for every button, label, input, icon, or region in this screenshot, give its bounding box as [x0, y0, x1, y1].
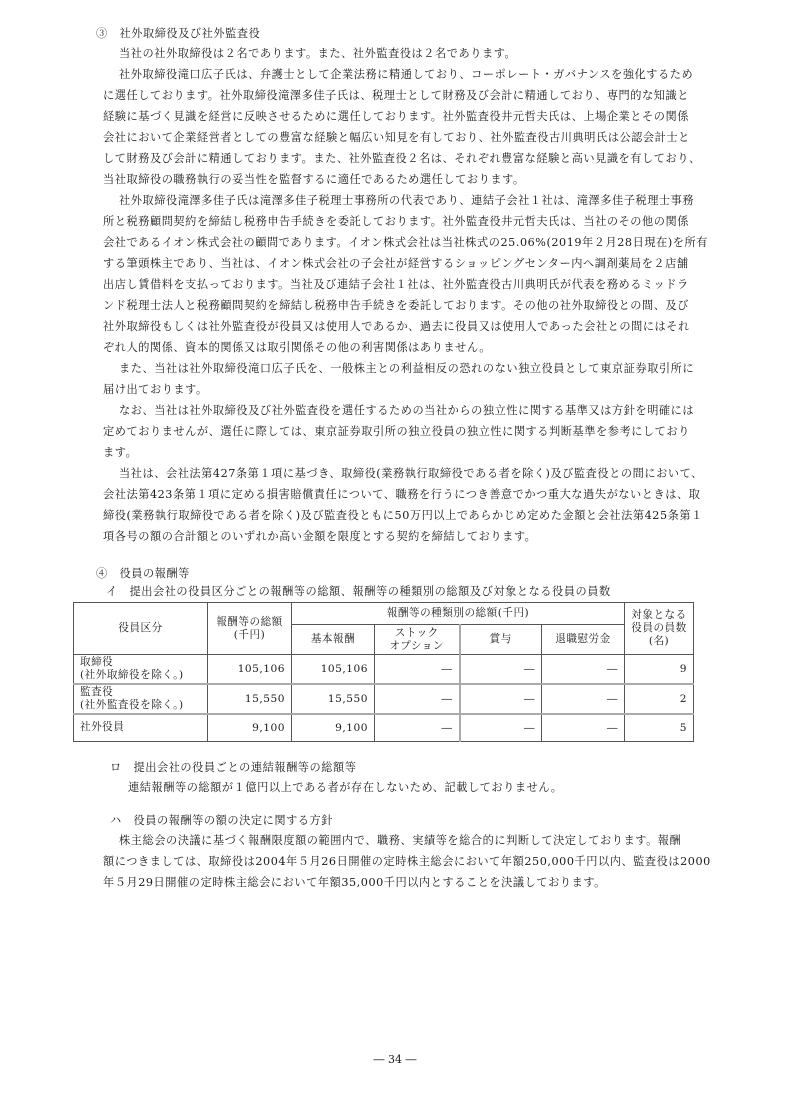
cell-bonus: ― [460, 655, 542, 685]
paragraph-line: に選任しております。社外取締役滝澤多佳子氏は、税理士として財務及び会計に精通して… [103, 89, 689, 103]
paragraph-line: ぞれ人的関係、資本的関係又は取引関係その他の利害関係はありません。 [103, 341, 491, 355]
paragraph-line: 会社において企業経営者としての豊富な経験と幅広い知見を有しており、社外監査役古川… [103, 131, 690, 145]
header-stock-line1: ストック [395, 627, 439, 639]
paragraph-line: 経験に基づく見識を経営に反映させるために選任しております。社外監査役井元哲夫氏は… [103, 110, 689, 124]
section-heading-outside-directors: ③ 社外取締役及び社外監査役 [96, 27, 260, 41]
paragraph-line: 社外取締役もしくは社外監査役が役員又は使用人であるか、過去に役員又は使用人であっ… [103, 320, 690, 334]
row-label: 取締役 (社外取締役を除く。) [74, 655, 208, 685]
paragraph-line: 出店し賃借料を支払っております。当社及び連結子会社１社は、社外監査役古川典明氏が… [103, 278, 689, 292]
subsection-heading-ha: ハ 役員の報酬等の額の決定に関する方針 [110, 814, 333, 828]
cell-total: 15,550 [208, 684, 292, 714]
row-label-line2: (社外監査役を除く。) [80, 699, 184, 711]
paragraph-line: 社外取締役滝口広子氏は、弁護士として企業法務に精通しており、コーポレート・ガバナ… [119, 68, 693, 82]
paragraph-line: また、当社は社外取締役滝口広子氏を、一般株主との利益相反の恐れのない独立役員とし… [119, 362, 694, 376]
row-label-line1: 監査役 [80, 686, 113, 698]
section-heading-compensation: ④ 役員の報酬等 [96, 567, 190, 581]
cell-retirement: ― [542, 684, 625, 714]
cell-stock: ― [375, 684, 460, 714]
header-stock-line2: オプション [389, 640, 444, 652]
paragraph-line: して財務及び会計に精通しております。また、社外監査役２名は、それぞれ豊富な経験と… [103, 152, 701, 166]
header-total-unit: (千円) [234, 629, 265, 641]
table-row: 社外役員 9,100 9,100 ― ― ― 5 [74, 714, 694, 741]
paragraph-line: ンド税理士法人と税務顧問契約を締結し税務申告手続きを委託しております。その他の社… [103, 299, 689, 313]
cell-retirement: ― [542, 655, 625, 685]
header-count-line3: (名) [649, 635, 669, 647]
cell-stock: ― [375, 655, 460, 685]
paragraph-line: 定めておりませんが、選任に際しては、東京証券取引所の独立役員の独立性に関する判断… [103, 425, 690, 439]
subsection-heading-ro: ロ 提出会社の役員ごとの連結報酬等の総額等 [110, 761, 357, 775]
paragraph-line: 会社法第423条第１項に定める損害賠償責任について、職務を行うにつき善意でかつ重… [103, 488, 700, 502]
header-total-label: 報酬等の総額 [216, 616, 283, 628]
cell-base: 105,106 [292, 655, 375, 685]
cell-count: 9 [625, 655, 694, 685]
paragraph-line: する筆頭株主であり、当社は、イオン株式会社の子会社が経営するショッピングセンター… [103, 257, 689, 271]
paragraph-line: 項各号の額の合計額とのいずれか高い金額を限度とする契約を締結しております。 [103, 530, 536, 544]
page-number: ― 34 ― [0, 1053, 790, 1066]
header-base: 基本報酬 [292, 625, 375, 655]
paragraph-line: 締役(業務執行取締役である者を除く)及び監査役ともに50万円以上であらかじめ定め… [103, 509, 703, 523]
cell-bonus: ― [460, 684, 542, 714]
cell-count: 2 [625, 684, 694, 714]
cell-stock: ― [375, 714, 460, 741]
header-retirement: 退職慰労金 [542, 625, 625, 655]
paragraph-line: 当社は、会社法第427条第１項に基づき、取締役(業務執行取締役である者を除く)及… [119, 467, 703, 481]
cell-total: 9,100 [208, 714, 292, 741]
paragraph-line: 年５月29日開催の定時株主総会において年額35,000千円以内とすることを決議し… [103, 876, 606, 890]
row-label: 社外役員 [74, 714, 208, 741]
header-count-line1: 対象となる [631, 609, 686, 621]
row-label-line1: 取締役 [80, 656, 113, 668]
compensation-table: 役員区分 報酬等の総額 (千円) 報酬等の種類別の総額(千円) 対象となる 役員… [73, 602, 694, 742]
paragraph-line: 当社取締役の職務執行の妥当性を監督するに適任であるため選任しております。 [103, 173, 525, 187]
document-page: ③ 社外取締役及び社外監査役 当社の社外取締役は２名であります。また、社外監査役… [0, 0, 790, 1118]
header-breakdown: 報酬等の種類別の総額(千円) [292, 603, 625, 625]
subsection-heading-i: イ 提出会社の役員区分ごとの報酬等の総額、報酬等の種類別の総額及び対象となる役員… [106, 585, 611, 599]
header-count: 対象となる 役員の員数 (名) [625, 603, 694, 655]
cell-bonus: ― [460, 714, 542, 741]
header-count-line2: 役員の員数 [631, 622, 686, 634]
cell-base: 15,550 [292, 684, 375, 714]
header-bonus: 賞与 [460, 625, 542, 655]
row-label-line2: (社外取締役を除く。) [80, 669, 184, 681]
paragraph-line: 届け出ております。 [103, 383, 208, 397]
paragraph-line: 株主総会の決議に基づく報酬限度額の範囲内で、職務、実績等を総合的に判断して決定し… [119, 834, 681, 848]
paragraph-line: 当社の社外取締役は２名であります。また、社外監査役は２名であります。 [119, 47, 516, 61]
cell-base: 9,100 [292, 714, 375, 741]
paragraph-line: 会社であるイオン株式会社の顧問であります。イオン株式会社は当社株式の25.06%… [103, 236, 708, 250]
header-total: 報酬等の総額 (千円) [208, 603, 292, 655]
paragraph-line: 社外取締役滝澤多佳子氏は滝澤多佳子税理士事務所の代表であり、連結子会社１社は、滝… [119, 194, 694, 208]
cell-retirement: ― [542, 714, 625, 741]
cell-count: 5 [625, 714, 694, 741]
header-category: 役員区分 [74, 603, 208, 655]
paragraph-line: ます。 [103, 446, 137, 460]
table-row: 監査役 (社外監査役を除く。) 15,550 15,550 ― ― ― 2 [74, 684, 694, 714]
paragraph-line: 連結報酬等の総額が１億円以上である者が存在しないため、記載しておりません。 [128, 781, 563, 795]
header-stock-option: ストック オプション [375, 625, 460, 655]
paragraph-line: 所と税務顧問契約を締結し税務申告手続きを委託しております。社外監査役井元哲夫氏は… [103, 215, 689, 229]
row-label: 監査役 (社外監査役を除く。) [74, 684, 208, 714]
paragraph-line: なお、当社は社外取締役及び社外監査役を選任するための当社からの独立性に関する基準… [119, 404, 694, 418]
table-row: 取締役 (社外取締役を除く。) 105,106 105,106 ― ― ― 9 [74, 655, 694, 685]
cell-total: 105,106 [208, 655, 292, 685]
paragraph-line: 額につきましては、取締役は2004年５月26日開催の定時株主総会において年額25… [103, 855, 711, 869]
